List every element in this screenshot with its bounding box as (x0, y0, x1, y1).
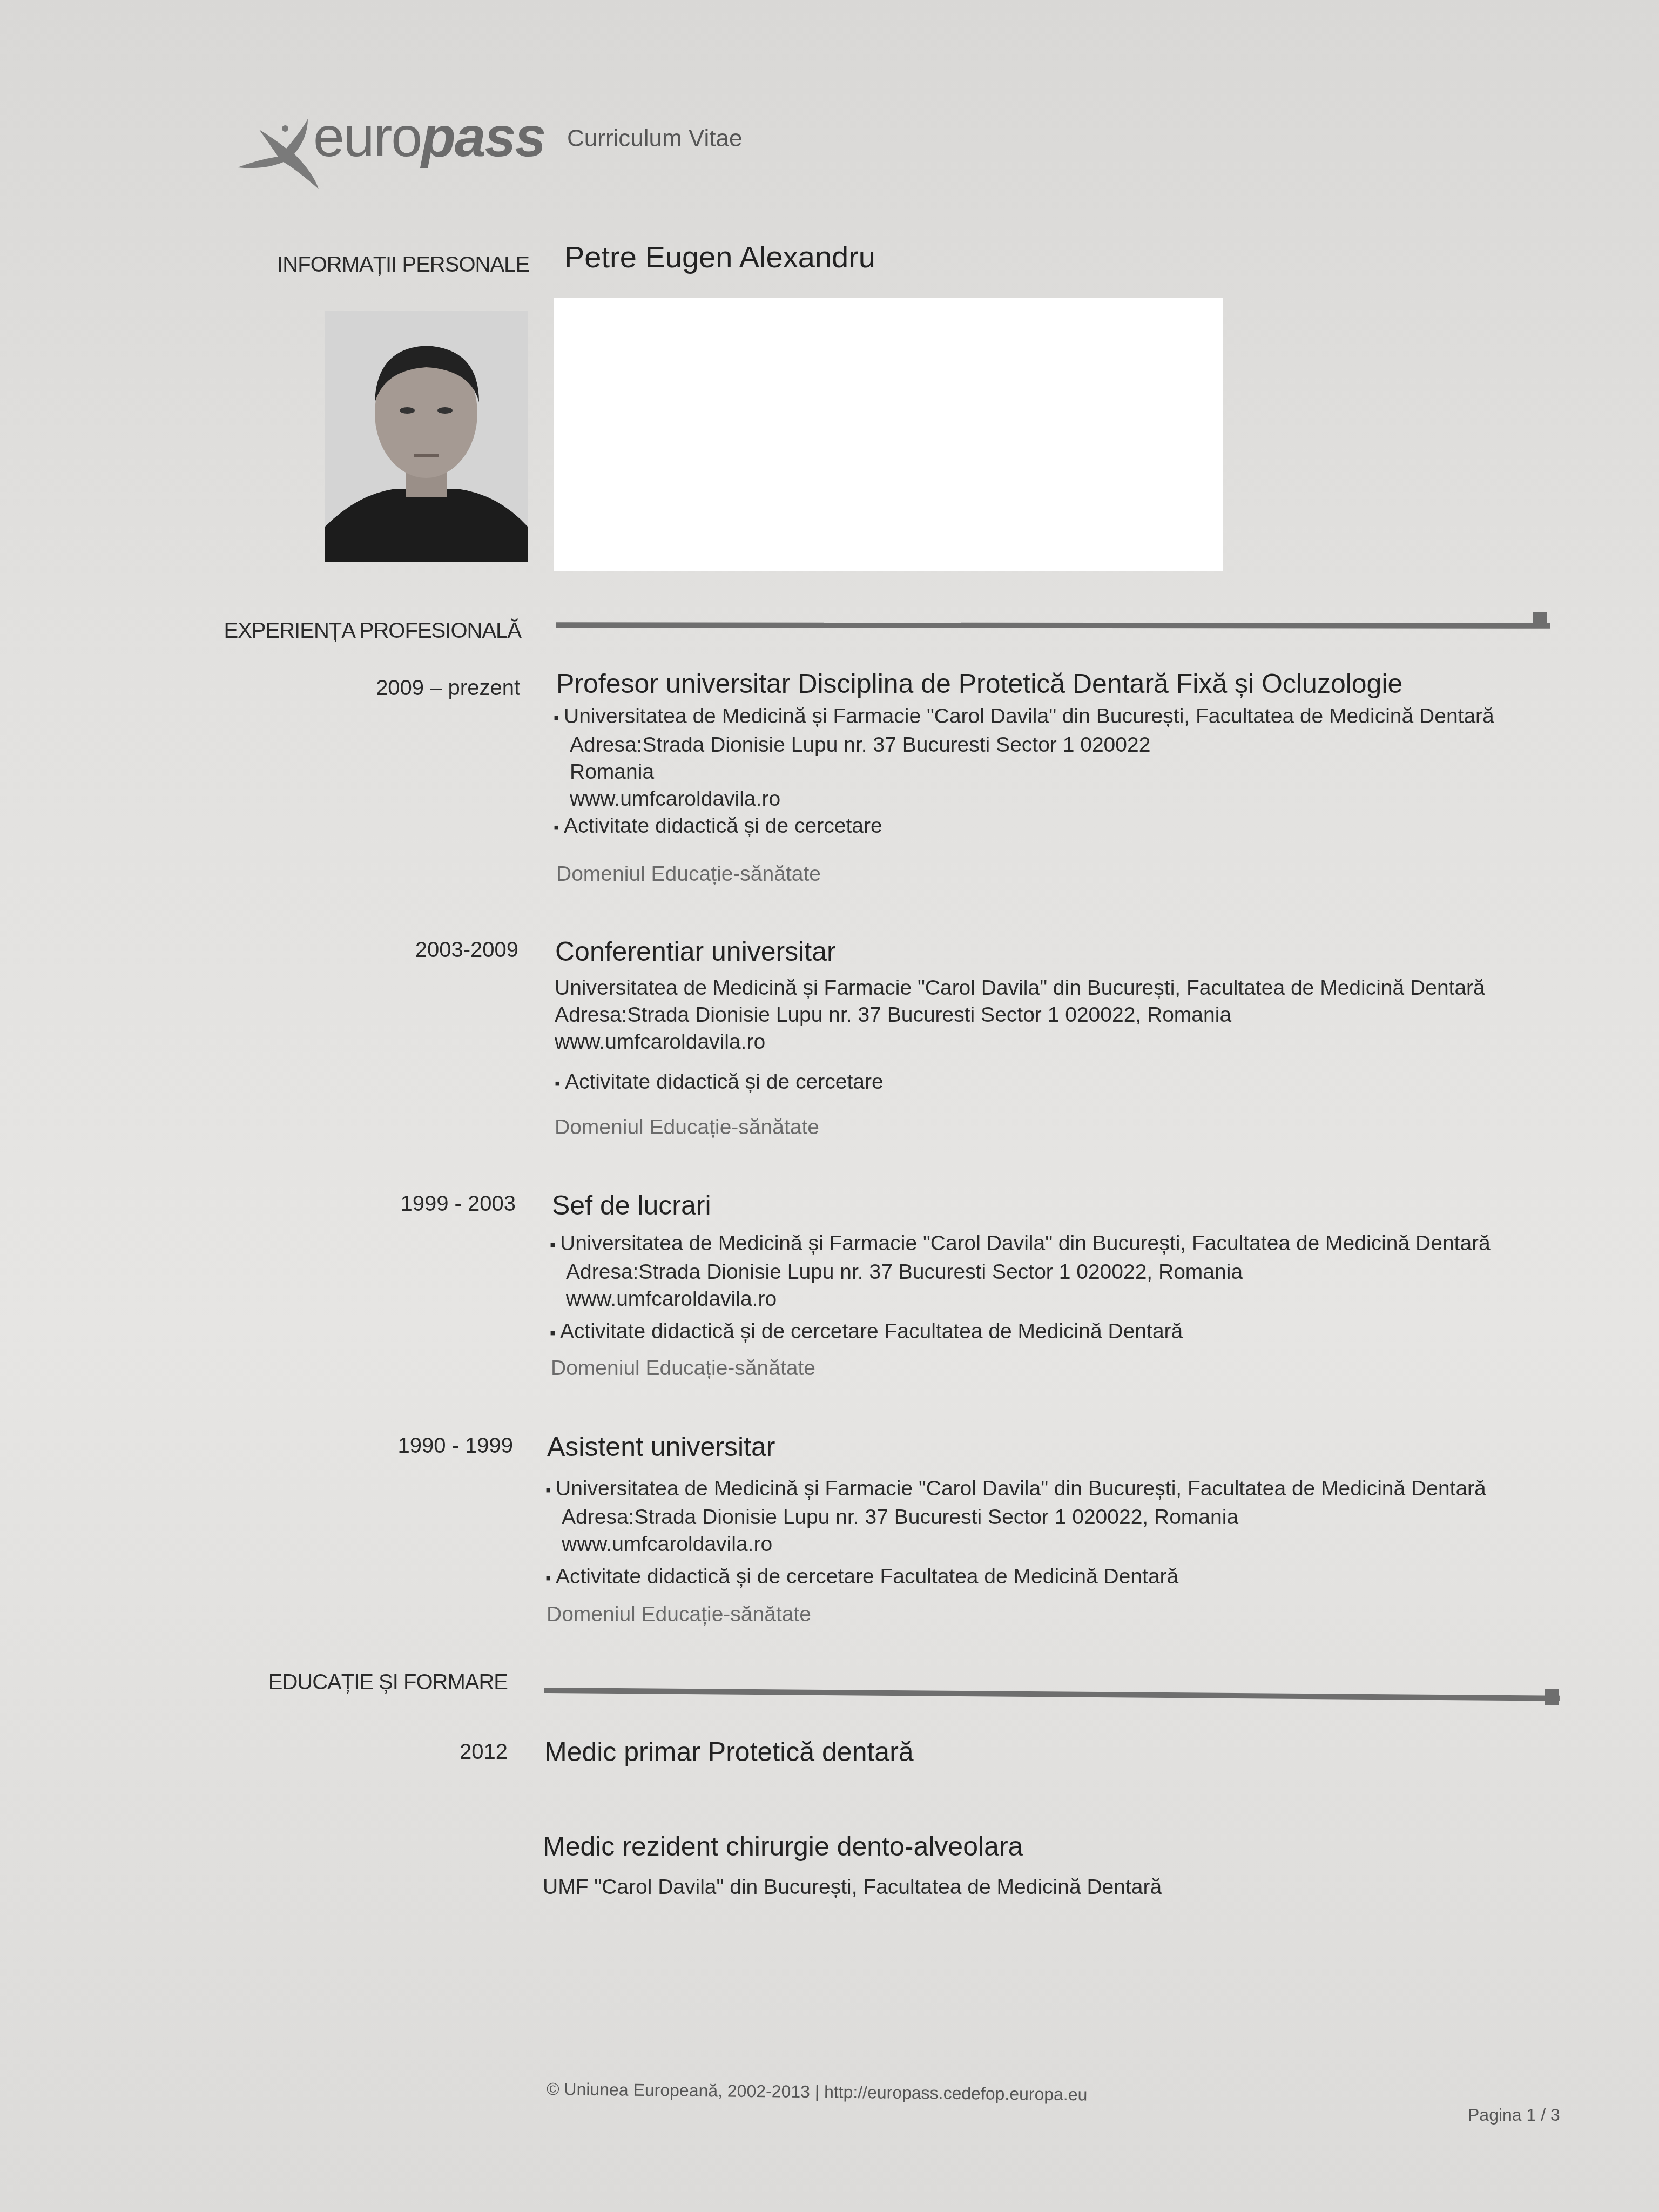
footer-copyright: © Uniunea Europeană, 2002-2013 | http://… (547, 2079, 1088, 2105)
job-activity: Activitate didactică și de cercetare (554, 813, 1494, 841)
section-divider-end (1533, 612, 1547, 628)
job-dates: 1990 - 1999 (335, 1434, 513, 1458)
job-employer: Universitatea de Medicină și Farmacie "C… (550, 1230, 1491, 1259)
job-domain: Domeniul Educație-sănătate (547, 1603, 811, 1627)
profile-photo (325, 311, 528, 562)
person-portrait-icon (325, 311, 528, 562)
job-details: Universitatea de Medicină și Farmacie "C… (545, 1475, 1486, 1592)
job-details: Universitatea de Medicină și Farmacie "C… (550, 1230, 1491, 1347)
job-website: www.umfcaroldavila.ro (545, 1531, 1486, 1558)
job-title: Profesor universitar Disciplina de Prote… (556, 668, 1402, 699)
redacted-contact-block (554, 298, 1223, 571)
education-institution: UMF "Carol Davila" din București, Facult… (543, 1874, 1162, 1901)
job-website: www.umfcaroldavila.ro (550, 1286, 1491, 1313)
job-employer: Universitatea de Medicină și Farmacie "C… (554, 703, 1494, 732)
section-divider-end (1545, 1689, 1559, 1705)
job-details: Universitatea de Medicină și Farmacie "C… (554, 703, 1494, 841)
europass-logo-text: europass (313, 105, 545, 170)
job-dates: 1999 - 2003 (338, 1192, 516, 1216)
education-title: Medic rezident chirurgie dento-alveolara (543, 1831, 1023, 1862)
job-activity: Activitate didactică și de cercetare (555, 1069, 1485, 1097)
job-title: Asistent universitar (547, 1431, 775, 1462)
section-divider (544, 1688, 1560, 1701)
job-address: Adresa:Strada Dionisie Lupu nr. 37 Bucur… (545, 1504, 1486, 1531)
job-dates: 2003-2009 (340, 938, 518, 962)
job-activity: Activitate didactică și de cercetare Fac… (550, 1318, 1491, 1347)
job-website: www.umfcaroldavila.ro (555, 1029, 1485, 1056)
education-title: Medic primar Protetică dentară (544, 1736, 914, 1768)
job-domain: Domeniul Educație-sănătate (556, 862, 821, 886)
job-website: www.umfcaroldavila.ro (554, 786, 1494, 813)
person-name: Petre Eugen Alexandru (564, 239, 875, 274)
job-country: Romania (554, 759, 1494, 786)
job-domain: Domeniul Educație-sănătate (555, 1116, 819, 1139)
job-activity: Activitate didactică și de cercetare Fac… (545, 1563, 1486, 1592)
section-divider (556, 622, 1550, 629)
job-title: Sef de lucrari (552, 1190, 711, 1221)
job-address: Adresa:Strada Dionisie Lupu nr. 37 Bucur… (554, 732, 1494, 759)
education-dates: 2012 (329, 1740, 508, 1764)
page-number: Pagina 1 / 3 (1468, 2105, 1560, 2125)
document-title: Curriculum Vitae (567, 125, 742, 152)
job-employer: Universitatea de Medicină și Farmacie "C… (545, 1475, 1486, 1504)
job-title: Conferentiar universitar (555, 936, 836, 967)
section-label-experience: EXPERIENȚA PROFESIONALĂ (205, 619, 521, 643)
job-details: Universitatea de Medicină și Farmacie "C… (555, 975, 1485, 1097)
section-label-personal: INFORMAȚII PERSONALE (227, 253, 529, 277)
job-employer: Universitatea de Medicină și Farmacie "C… (555, 975, 1485, 1002)
job-domain: Domeniul Educație-sănătate (551, 1357, 815, 1380)
job-dates: 2009 – prezent (342, 676, 520, 700)
section-label-education: EDUCAȚIE ȘI FORMARE (216, 1670, 508, 1695)
job-address: Adresa:Strada Dionisie Lupu nr. 37 Bucur… (550, 1259, 1491, 1286)
job-address: Adresa:Strada Dionisie Lupu nr. 37 Bucur… (555, 1002, 1485, 1029)
